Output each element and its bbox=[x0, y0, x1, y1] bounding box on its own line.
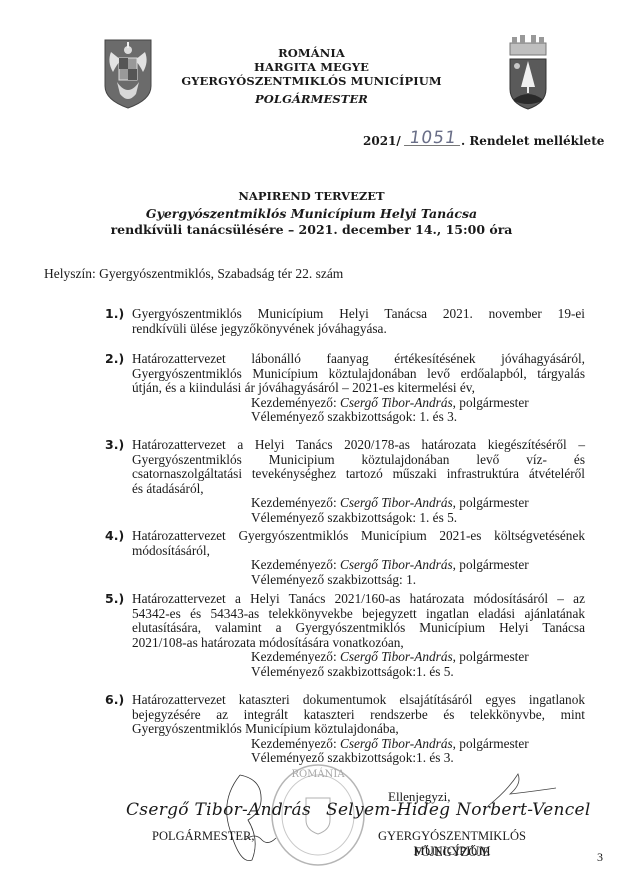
reference-year: 2021/ bbox=[363, 134, 401, 148]
mayor-name: Csergő Tibor-András bbox=[126, 800, 311, 820]
agenda-item-text: Határozattervezet kataszteri dokumentumo… bbox=[132, 693, 585, 737]
initiator-name: Csergő Tibor-András bbox=[340, 736, 453, 751]
initiator-line: Kezdeményező: Csergő Tibor-András, polgá… bbox=[251, 558, 585, 573]
agenda-item-number: 6.) bbox=[105, 693, 124, 708]
committees-line: Véleményező szakbizottságok: 1. és 3. bbox=[251, 410, 585, 425]
initiator-label: Kezdeményező: bbox=[251, 395, 337, 410]
initiator-name: Csergő Tibor-András bbox=[340, 495, 453, 510]
initiator-role: , polgármester bbox=[453, 736, 529, 751]
agenda-item: 2.)Határozattervezet lábonálló faanyag é… bbox=[105, 352, 585, 425]
agenda-item-line: 54342-es és 54343-as telekkönyvekbe beje… bbox=[132, 607, 585, 622]
agenda-item-line: Határozattervezet kataszteri dokumentumo… bbox=[132, 693, 585, 708]
agenda-item-line: Határozattervezet Gyergyószentmiklós Mun… bbox=[132, 529, 585, 544]
initiator-label: Kezdeményező: bbox=[251, 649, 337, 664]
initiator-label: Kezdeményező: bbox=[251, 557, 337, 572]
agenda-item-line: bejegyzésére az integrált kataszteri ren… bbox=[132, 708, 585, 723]
decree-reference: 2021/ 1051. Rendelet melléklete bbox=[363, 133, 604, 148]
committees-line: Véleményező szakbizottságok:1. és 5. bbox=[251, 665, 585, 680]
initiator-label: Kezdeményező: bbox=[251, 495, 337, 510]
agenda-item-line: elutasítására, valamint a Gyergyószentmi… bbox=[132, 621, 585, 636]
handwritten-decree-number: 1051 bbox=[404, 131, 462, 146]
agenda-item: 6.)Határozattervezet kataszteri dokument… bbox=[105, 693, 585, 766]
agenda-item-number: 5.) bbox=[105, 592, 124, 607]
initiator-label: Kezdeményező: bbox=[251, 736, 337, 751]
gyergyoszentmiklos-coat-of-arms-icon bbox=[508, 33, 548, 111]
agenda-item-line: Gyergyószentmiklós Municipium köztulajdo… bbox=[132, 453, 585, 468]
initiator-name: Csergő Tibor-András bbox=[340, 557, 453, 572]
agenda-item-text: Határozattervezet Gyergyószentmiklós Mun… bbox=[132, 529, 585, 558]
page-number: 3 bbox=[597, 850, 603, 865]
initiator-role: , polgármester bbox=[453, 495, 529, 510]
agenda-item-line: útján, és a kiindulási ár jóváhagyásáról… bbox=[132, 381, 585, 396]
agenda-item-number: 3.) bbox=[105, 438, 124, 453]
initiator-role: , polgármester bbox=[453, 557, 529, 572]
agenda-item-line: rendkívüli ülése jegyzőkönyvének jóváhag… bbox=[132, 322, 585, 337]
agenda-item: 4.)Határozattervezet Gyergyószentmiklós … bbox=[105, 529, 585, 587]
agenda-item-number: 2.) bbox=[105, 352, 124, 367]
agenda-item-line: Gyergyószentmiklós Municípium köztulajdo… bbox=[132, 722, 585, 737]
initiator-name: Csergő Tibor-András bbox=[340, 395, 453, 410]
committees-line: Véleményező szakbizottságok: 1. és 5. bbox=[251, 511, 585, 526]
initiator-role: , polgármester bbox=[453, 649, 529, 664]
agenda-item-line: Gyergyószentmiklós Municípium Helyi Taná… bbox=[132, 307, 585, 322]
agenda-subtitle-1: Gyergyószentmiklós Municípium Helyi Taná… bbox=[0, 206, 623, 221]
initiator-role: , polgármester bbox=[453, 395, 529, 410]
agenda-item-text: Határozattervezet lábonálló faanyag érté… bbox=[132, 352, 585, 396]
agenda-item-number: 4.) bbox=[105, 529, 124, 544]
agenda-item: 3.)Határozattervezet a Helyi Tanács 2020… bbox=[105, 438, 585, 526]
notary-name: Selyem-Hideg Norbert-Vencel bbox=[326, 800, 591, 820]
agenda-item-line: és átadásáról, bbox=[132, 482, 585, 497]
agenda-item-line: Határozattervezet a Helyi Tanács 2021/16… bbox=[132, 592, 585, 607]
agenda-subtitle-2: rendkívüli tanácsülésére – 2021. decembe… bbox=[0, 222, 623, 237]
reference-suffix: . Rendelet melléklete bbox=[461, 134, 604, 148]
mayor-handwritten-signature-icon bbox=[210, 770, 290, 870]
agenda-item-text: Határozattervezet a Helyi Tanács 2020/17… bbox=[132, 438, 585, 496]
agenda-item-text: Gyergyószentmiklós Municípium Helyi Taná… bbox=[132, 307, 585, 336]
agenda-item-line: Határozattervezet lábonálló faanyag érté… bbox=[132, 352, 585, 367]
notary-title-line2: FŐJEGYZŐJE bbox=[344, 845, 560, 860]
agenda-item-line: 2021/108-as határozata módosítására vona… bbox=[132, 636, 585, 651]
initiator-line: Kezdeményező: Csergő Tibor-András, polgá… bbox=[251, 496, 585, 511]
initiator-line: Kezdeményező: Csergő Tibor-András, polgá… bbox=[251, 396, 585, 411]
agenda-item-line: Gyergyószentmiklós Municípium köztulajdo… bbox=[132, 367, 585, 382]
agenda-item-line: csatornaszolgáltatási tevekénységhez tar… bbox=[132, 467, 585, 482]
meeting-location: Helyszín: Gyergyószentmiklós, Szabadság … bbox=[44, 266, 343, 282]
mayor-title: POLGÁRMESTER, bbox=[152, 829, 254, 844]
committees-line: Véleményező szakbizottság: 1. bbox=[251, 573, 585, 588]
initiator-name: Csergő Tibor-András bbox=[340, 649, 453, 664]
initiator-line: Kezdeményező: Csergő Tibor-András, polgá… bbox=[251, 737, 585, 752]
agenda-item: 1.)Gyergyószentmiklós Municípium Helyi T… bbox=[105, 307, 585, 336]
agenda-item-line: Határozattervezet a Helyi Tanács 2020/17… bbox=[132, 438, 585, 453]
svg-text:ROMÁNIA: ROMÁNIA bbox=[291, 768, 345, 780]
agenda-item-line: módosításáról, bbox=[132, 544, 585, 559]
agenda-item: 5.)Határozattervezet a Helyi Tanács 2021… bbox=[105, 592, 585, 680]
agenda-title: NAPIREND TERVEZET bbox=[0, 189, 623, 203]
initiator-line: Kezdeményező: Csergő Tibor-András, polgá… bbox=[251, 650, 585, 665]
agenda-item-number: 1.) bbox=[105, 307, 124, 322]
agenda-item-text: Határozattervezet a Helyi Tanács 2021/16… bbox=[132, 592, 585, 650]
